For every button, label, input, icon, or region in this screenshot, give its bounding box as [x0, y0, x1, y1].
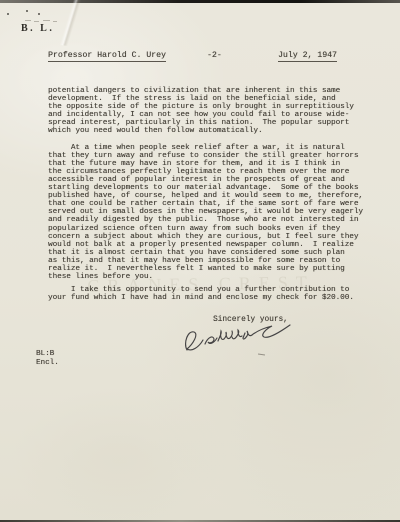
paper-crease: [59, 0, 81, 47]
letter-body: potential dangers to civilization that a…: [48, 87, 383, 302]
handwritten-signature: [180, 324, 302, 354]
signature-scribble: [180, 324, 302, 354]
recipient-name: Professor Harold C. Urey: [48, 51, 166, 62]
paragraph: potential dangers to civilization that a…: [48, 87, 383, 136]
pencil-mark: [53, 21, 57, 22]
valediction: Sincerely yours,: [213, 316, 288, 324]
pencil-mark: [25, 20, 31, 21]
page-number: -2-: [207, 51, 222, 60]
pencil-mark: [34, 21, 39, 22]
letter-date: July 2, 1947: [278, 51, 337, 62]
typist-initials: BL:B: [36, 350, 54, 358]
pencil-mark: [258, 353, 265, 355]
scan-edge-top: [0, 0, 400, 3]
paragraph: I take this opportunity to send you a fu…: [48, 286, 383, 302]
enclosure-note: Encl.: [36, 359, 59, 367]
scanned-letter-page: B. L. CRANES CREST Professor Harold C. U…: [0, 0, 400, 522]
handwritten-initials-annotation: B. L.: [21, 23, 54, 34]
pencil-mark: [26, 10, 28, 12]
paragraph: At a time when people seek relief after …: [48, 144, 383, 282]
pencil-mark: [43, 20, 50, 21]
pencil-mark: [7, 13, 9, 15]
pencil-mark: [38, 13, 40, 15]
